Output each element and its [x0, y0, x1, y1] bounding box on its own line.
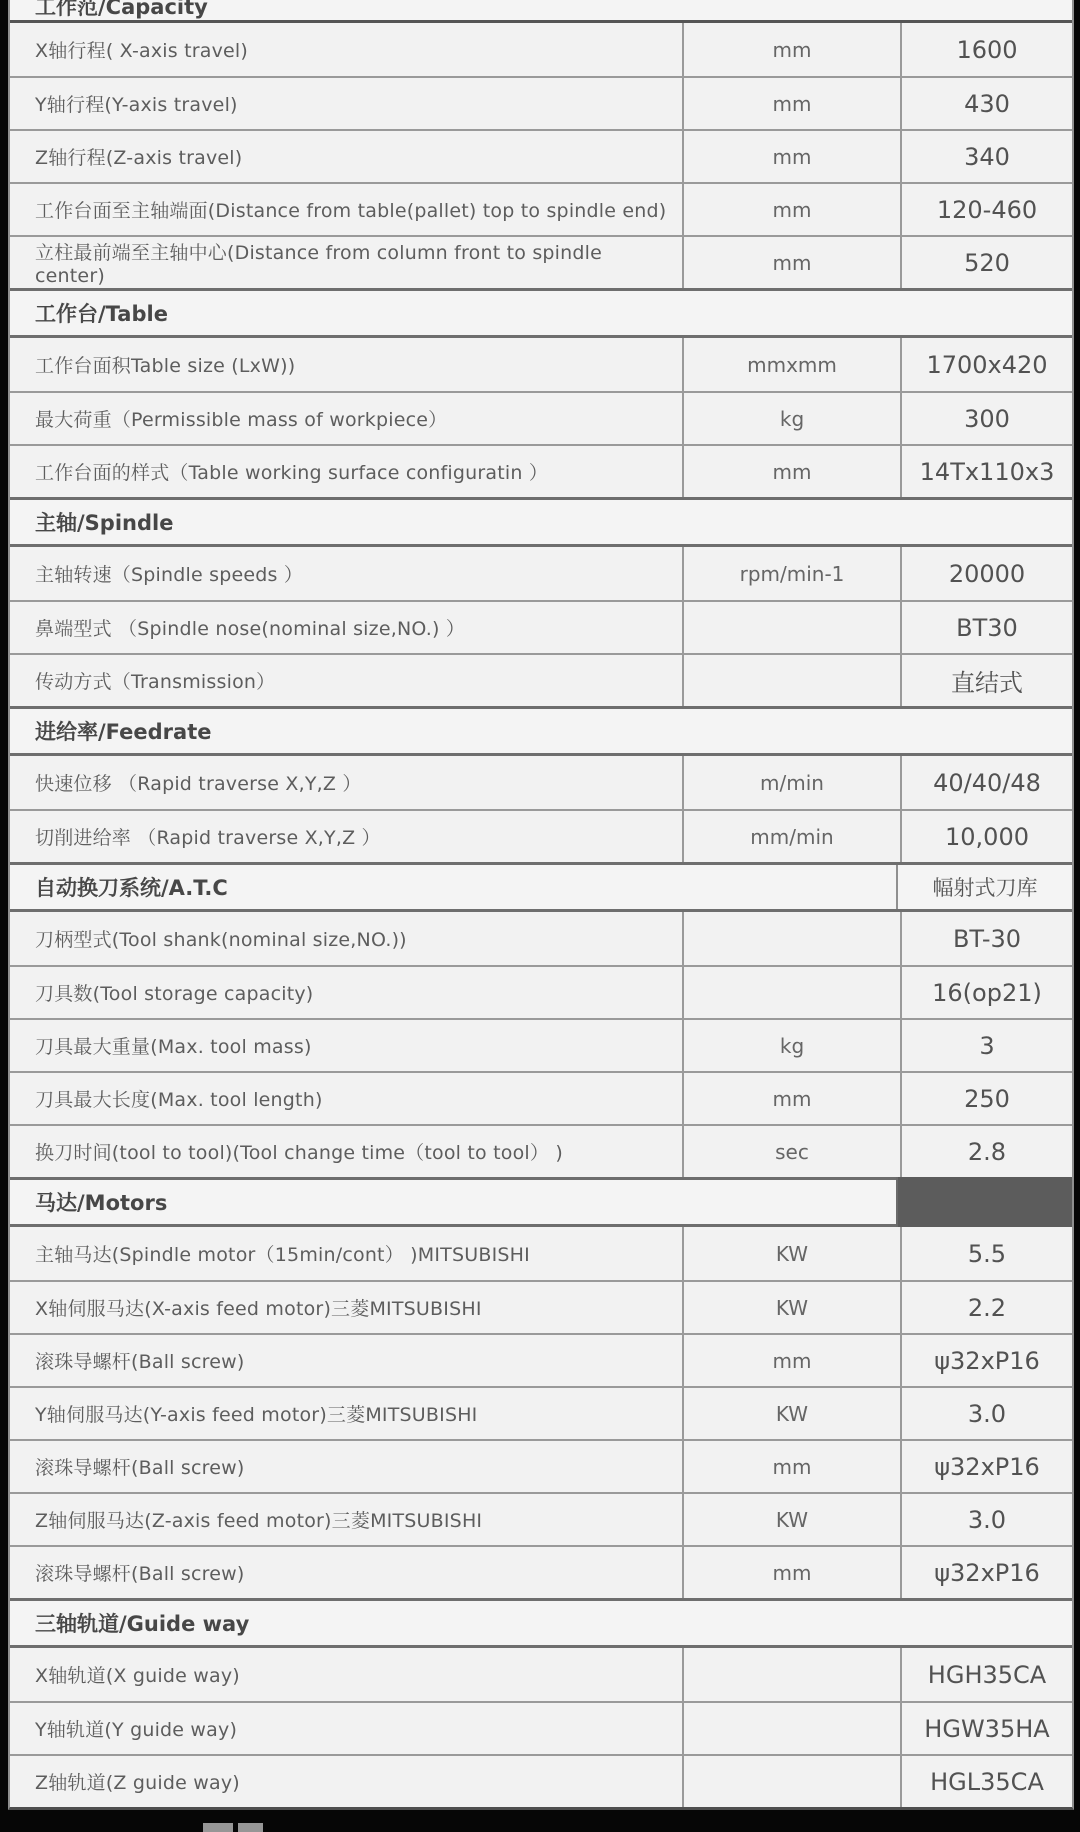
spec-row: Z轴伺服马达(Z-axis feed motor)三菱MITSUBISHIKW3… — [10, 1492, 1072, 1545]
spec-label: 滚珠导螺杆(Ball screw) — [10, 1335, 682, 1386]
motors-dark-block — [896, 1177, 1072, 1227]
photo-artifact — [203, 1823, 233, 1832]
spec-label: 刀具最大重量(Max. tool mass) — [10, 1020, 682, 1071]
spec-row: 刀具数(Tool storage capacity)16(op21) — [10, 965, 1072, 1018]
spec-row: 最大荷重（Permissible mass of workpiece）kg300 — [10, 391, 1072, 444]
spec-unit: kg — [682, 1020, 900, 1071]
spec-label: 最大荷重（Permissible mass of workpiece） — [10, 393, 682, 444]
section-header: 进给率/Feedrate — [10, 706, 1072, 756]
spec-label: 快速位移 （Rapid traverse X,Y,Z ） — [10, 756, 682, 809]
spec-value: HGL35CA — [900, 1756, 1072, 1807]
spec-unit — [682, 967, 900, 1018]
section-header: 马达/Motors — [10, 1177, 1072, 1227]
spec-label: 主轴转速（Spindle speeds ） — [10, 547, 682, 600]
spec-row: 工作台面积Table size (LxW))mmxmm1700x420 — [10, 338, 1072, 391]
spec-row: Z轴轨道(Z guide way)HGL35CA — [10, 1754, 1072, 1807]
spec-unit: sec — [682, 1126, 900, 1177]
spec-label: Y轴伺服马达(Y-axis feed motor)三菱MITSUBISHI — [10, 1388, 682, 1439]
spec-label: 刀具最大长度(Max. tool length) — [10, 1073, 682, 1124]
spec-unit: mm/min — [682, 811, 900, 862]
spec-row: X轴行程( X-axis travel)mm1600 — [10, 23, 1072, 76]
spec-value: 5.5 — [900, 1227, 1072, 1280]
spec-label: X轴轨道(X guide way) — [10, 1648, 682, 1701]
spec-row: 刀柄型式(Tool shank(nominal size,NO.))BT-30 — [10, 912, 1072, 965]
section-header: 三轴轨道/Guide way — [10, 1598, 1072, 1648]
spec-unit: mm — [682, 1335, 900, 1386]
spec-label: Z轴轨道(Z guide way) — [10, 1756, 682, 1807]
spec-value: ψ32xP16 — [900, 1547, 1072, 1598]
section-title: 工作台/Table — [35, 298, 168, 328]
spec-row: 鼻端型式 （Spindle nose(nominal size,NO.) ）BT… — [10, 600, 1072, 653]
spec-label: 滚珠导螺杆(Ball screw) — [10, 1547, 682, 1598]
spec-label: Y轴轨道(Y guide way) — [10, 1703, 682, 1754]
spec-unit: mm — [682, 78, 900, 129]
section-title: 自动换刀系统/A.T.C — [35, 872, 228, 902]
spec-label: 工作台面至主轴端面(Distance from table(pallet) to… — [10, 184, 682, 235]
spec-row: Z轴行程(Z-axis travel)mm340 — [10, 129, 1072, 182]
spec-unit: kg — [682, 393, 900, 444]
spec-row: 工作台面的样式（Table working surface configurat… — [10, 444, 1072, 497]
spec-value: 120-460 — [900, 184, 1072, 235]
spec-value: 340 — [900, 131, 1072, 182]
spec-value: 直结式 — [900, 655, 1072, 706]
spec-value: 1600 — [900, 23, 1072, 76]
section-header: 主轴/Spindle — [10, 497, 1072, 547]
spec-unit — [682, 912, 900, 965]
spec-unit: mm — [682, 184, 900, 235]
spec-label: 立柱最前端至主轴中心(Distance from column front to… — [10, 237, 682, 288]
spec-value: ψ32xP16 — [900, 1335, 1072, 1386]
spec-value: BT30 — [900, 602, 1072, 653]
spec-table: 工作范/CapacityX轴行程( X-axis travel)mm1600Y轴… — [8, 0, 1074, 1810]
spec-label: 传动方式（Transmission） — [10, 655, 682, 706]
spec-row: 主轴马达(Spindle motor（15min/cont） )MITSUBIS… — [10, 1227, 1072, 1280]
spec-value: 250 — [900, 1073, 1072, 1124]
spec-unit: m/min — [682, 756, 900, 809]
spec-row: X轴伺服马达(X-axis feed motor)三菱MITSUBISHIKW2… — [10, 1280, 1072, 1333]
section-title: 工作范/Capacity — [35, 0, 208, 21]
spec-unit — [682, 1756, 900, 1807]
spec-label: 鼻端型式 （Spindle nose(nominal size,NO.) ） — [10, 602, 682, 653]
spec-label: Z轴行程(Z-axis travel) — [10, 131, 682, 182]
spec-unit: KW — [682, 1282, 900, 1333]
spec-unit: mm — [682, 131, 900, 182]
spec-unit: mmxmm — [682, 338, 900, 391]
spec-label: 工作台面积Table size (LxW)) — [10, 338, 682, 391]
spec-label: 主轴马达(Spindle motor（15min/cont） )MITSUBIS… — [10, 1227, 682, 1280]
spec-label: 滚珠导螺杆(Ball screw) — [10, 1441, 682, 1492]
spec-value: ψ32xP16 — [900, 1441, 1072, 1492]
spec-row: 刀具最大长度(Max. tool length)mm250 — [10, 1071, 1072, 1124]
spec-row: X轴轨道(X guide way)HGH35CA — [10, 1648, 1072, 1701]
spec-unit: KW — [682, 1494, 900, 1545]
spec-unit: mm — [682, 1441, 900, 1492]
spec-value: 300 — [900, 393, 1072, 444]
spec-value: 16(op21) — [900, 967, 1072, 1018]
spec-row: 滚珠导螺杆(Ball screw)mmψ32xP16 — [10, 1333, 1072, 1386]
spec-label: 刀柄型式(Tool shank(nominal size,NO.)) — [10, 912, 682, 965]
spec-label: Z轴伺服马达(Z-axis feed motor)三菱MITSUBISHI — [10, 1494, 682, 1545]
spec-value: 430 — [900, 78, 1072, 129]
spec-value: 3 — [900, 1020, 1072, 1071]
spec-row: 主轴转速（Spindle speeds ）rpm/min-120000 — [10, 547, 1072, 600]
spec-value: BT-30 — [900, 912, 1072, 965]
spec-value: HGH35CA — [900, 1648, 1072, 1701]
spec-unit: rpm/min-1 — [682, 547, 900, 600]
photo-artifact — [238, 1823, 263, 1832]
spec-row: 工作台面至主轴端面(Distance from table(pallet) to… — [10, 182, 1072, 235]
spec-unit — [682, 602, 900, 653]
spec-unit: KW — [682, 1227, 900, 1280]
spec-value: 3.0 — [900, 1494, 1072, 1545]
spec-row: 换刀时间(tool to tool)(Tool change time（tool… — [10, 1124, 1072, 1177]
spec-row: 切削进给率 （Rapid traverse X,Y,Z ）mm/min10,00… — [10, 809, 1072, 862]
spec-row: 快速位移 （Rapid traverse X,Y,Z ）m/min40/40/4… — [10, 756, 1072, 809]
spec-value: HGW35HA — [900, 1703, 1072, 1754]
spec-row: 滚珠导螺杆(Ball screw)mmψ32xP16 — [10, 1545, 1072, 1598]
section-header: 工作台/Table — [10, 288, 1072, 338]
spec-label: X轴伺服马达(X-axis feed motor)三菱MITSUBISHI — [10, 1282, 682, 1333]
spec-value: 2.2 — [900, 1282, 1072, 1333]
section-value: 幅射式刀库 — [896, 865, 1072, 909]
spec-value: 20000 — [900, 547, 1072, 600]
spec-value: 10,000 — [900, 811, 1072, 862]
spec-row: 刀具最大重量(Max. tool mass)kg3 — [10, 1018, 1072, 1071]
section-header: 工作范/Capacity — [10, 0, 1072, 23]
spec-label: 工作台面的样式（Table working surface configurat… — [10, 446, 682, 497]
spec-value: 40/40/48 — [900, 756, 1072, 809]
spec-row: Y轴轨道(Y guide way)HGW35HA — [10, 1701, 1072, 1754]
spec-row: Y轴伺服马达(Y-axis feed motor)三菱MITSUBISHIKW3… — [10, 1386, 1072, 1439]
spec-value: 3.0 — [900, 1388, 1072, 1439]
spec-unit: mm — [682, 237, 900, 288]
spec-row: Y轴行程(Y-axis travel)mm430 — [10, 76, 1072, 129]
spec-label: 刀具数(Tool storage capacity) — [10, 967, 682, 1018]
spec-label: X轴行程( X-axis travel) — [10, 23, 682, 76]
spec-unit — [682, 655, 900, 706]
spec-unit: mm — [682, 446, 900, 497]
spec-unit — [682, 1648, 900, 1701]
spec-label: Y轴行程(Y-axis travel) — [10, 78, 682, 129]
spec-row: 立柱最前端至主轴中心(Distance from column front to… — [10, 235, 1072, 288]
section-title: 进给率/Feedrate — [35, 716, 212, 746]
spec-value: 2.8 — [900, 1126, 1072, 1177]
section-title: 主轴/Spindle — [35, 507, 173, 537]
spec-value: 1700x420 — [900, 338, 1072, 391]
spec-label: 换刀时间(tool to tool)(Tool change time（tool… — [10, 1126, 682, 1177]
section-header: 自动换刀系统/A.T.C幅射式刀库 — [10, 862, 1072, 912]
spec-value: 520 — [900, 237, 1072, 288]
spec-unit: mm — [682, 1073, 900, 1124]
spec-row: 滚珠导螺杆(Ball screw)mmψ32xP16 — [10, 1439, 1072, 1492]
spec-unit — [682, 1703, 900, 1754]
spec-unit: KW — [682, 1388, 900, 1439]
spec-label: 切削进给率 （Rapid traverse X,Y,Z ） — [10, 811, 682, 862]
section-title: 马达/Motors — [35, 1187, 167, 1217]
spec-unit: mm — [682, 1547, 900, 1598]
spec-value: 14Tx110x3 — [900, 446, 1072, 497]
spec-unit: mm — [682, 23, 900, 76]
section-title: 三轴轨道/Guide way — [35, 1608, 249, 1638]
spec-row: 传动方式（Transmission）直结式 — [10, 653, 1072, 706]
